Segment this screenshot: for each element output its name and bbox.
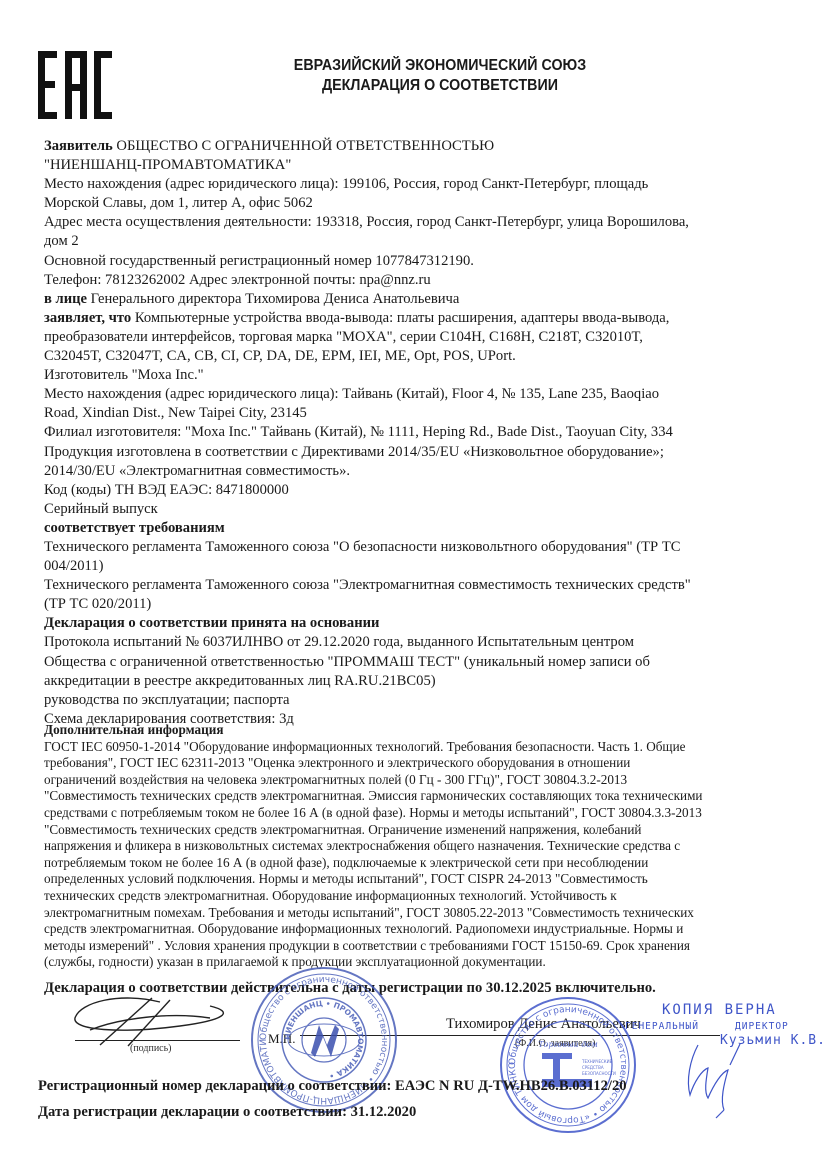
production-type: Серийный выпуск	[44, 500, 804, 519]
regulation-1: Технического регламента Таможенного союз…	[44, 538, 804, 557]
header-union-title: ЕВРАЗИЙСКИЙ ЭКОНОМИЧЕСКИЙ СОЮЗ	[201, 57, 679, 75]
copy-certified-label: КОПИЯ ВЕРНА	[662, 1002, 777, 1018]
represented-line: в лице Генерального директора Тихомирова…	[44, 290, 804, 309]
applicant-line: Заявитель ОБЩЕСТВО С ОГРАНИЧЕННОЙ ОТВЕТС…	[44, 137, 804, 156]
basis-label: Декларация о соответствии принята на осн…	[44, 614, 804, 633]
basis-documents: руководства по эксплуатации; паспорта	[44, 691, 804, 710]
requirements-heading: соответствует требованиям	[44, 520, 225, 536]
tinko-stamp-icon: Общество с ограниченной ответственностью…	[498, 995, 638, 1135]
applicant-contacts: Телефон: 78123262002 Адрес электронной п…	[44, 271, 804, 290]
svg-text:НИЕНШАНЦ • ПРОМАВТОМАТИКА •: НИЕНШАНЦ • ПРОМАВТОМАТИКА •	[283, 999, 365, 1081]
manufacturer-address-cont: Road, Xindian Dist., New Taipei City, 23…	[44, 404, 804, 423]
product-description: Компьютерные устройства ввода-вывода: пл…	[131, 310, 669, 326]
additional-info-line: ограничений воздействия на человека элек…	[44, 772, 804, 789]
registration-date: Дата регистрации декларации о соответств…	[38, 1104, 416, 1121]
additional-info: Дополнительная информация ГОСТ IEC 60950…	[44, 722, 804, 971]
applicant-activity-address-cont: дом 2	[44, 232, 804, 251]
additional-info-line: потребляемым током не более 16 А (в одно…	[44, 855, 804, 872]
additional-info-heading: Дополнительная информация	[44, 722, 223, 737]
applicant-name: ОБЩЕСТВО С ОГРАНИЧЕННОЙ ОТВЕТСТВЕННОСТЬЮ	[113, 138, 494, 154]
eac-logo	[38, 51, 112, 119]
directives-cont: 2014/30/EU «Электромагнитная совместимос…	[44, 462, 804, 481]
additional-info-line: электромагнитным помехам. Требования и м…	[44, 905, 804, 922]
basis-protocol-cont: Общества с ограниченной ответственностью…	[44, 653, 804, 672]
copy-role-general: ГЕНЕРАЛЬНЫЙ	[625, 1021, 699, 1032]
additional-info-line: средств электромагнитная. Оборудование и…	[44, 921, 804, 938]
applicant-name-cont: "НИЕНШАНЦ-ПРОМАВТОМАТИКА"	[44, 156, 804, 175]
additional-info-line: требования", ГОСТ IEC 62311-2013 "Оценка…	[44, 755, 804, 772]
svg-text:БЕЗОПАСНОСТИ: БЕЗОПАСНОСТИ	[582, 1071, 616, 1076]
directives: Продукция изготовлена в соответствии с Д…	[44, 443, 804, 462]
registration-number: Регистрационный номер декларации о соотв…	[38, 1078, 627, 1095]
eac-mark-icon	[38, 51, 112, 119]
regulation-1-cont: 004/2011)	[44, 557, 804, 576]
svg-text:ТЕХНИЧЕСКИЕ: ТЕХНИЧЕСКИЕ	[581, 1059, 613, 1064]
svg-text:Торговый дом: Торговый дом	[538, 1040, 598, 1049]
basis-heading: Декларация о соответствии принята на осн…	[44, 615, 379, 631]
hs-code: Код (коды) ТН ВЭД ЕАЭС: 8471800000	[44, 481, 804, 500]
represented-by: Генерального директора Тихомирова Дениса…	[87, 291, 459, 307]
manufacturer-address: Место нахождения (адрес юридического лиц…	[44, 385, 804, 404]
additional-info-line: средствами с потребляемым током не более…	[44, 805, 804, 822]
declares-label: заявляет, что	[44, 310, 131, 326]
applicant-label: Заявитель	[44, 138, 113, 154]
applicant-signature-icon	[60, 990, 240, 1050]
requirements-label: соответствует требованиям	[44, 519, 804, 538]
product-series: C32045T, C32047T, CA, CB, CI, CP, DA, DE…	[44, 347, 804, 366]
header-document-title: ДЕКЛАРАЦИЯ О СООТВЕТСТВИИ	[201, 77, 679, 95]
additional-info-line: "Совместимость технических средств элект…	[44, 822, 804, 839]
applicant-ogrn: Основной государственный регистрационный…	[44, 252, 804, 271]
declares-line: заявляет, что Компьютерные устройства вв…	[44, 309, 804, 328]
manufacturer: Изготовитель "Moxa Inc."	[44, 366, 804, 385]
additional-info-line: ГОСТ IEC 60950-1-2014 "Оборудование инфо…	[44, 739, 804, 756]
applicant-activity-address: Адрес места осуществления деятельности: …	[44, 213, 804, 232]
svg-text:СРЕДСТВА: СРЕДСТВА	[582, 1065, 604, 1070]
additional-info-line: (службы, годности) указан в прилагаемой …	[44, 954, 804, 971]
certifier-signature-icon	[680, 1040, 750, 1120]
product-description-cont: преобразователи интерфейсов, торговая ма…	[44, 328, 804, 347]
represented-label: в лице	[44, 291, 87, 307]
manufacturer-branch: Филиал изготовителя: "Moxa Inc." Тайвань…	[44, 423, 804, 442]
additional-info-line: "Совместимость технических средств элект…	[44, 788, 804, 805]
additional-info-line: технических средств электромагнитная. Об…	[44, 888, 804, 905]
declaration-body: Заявитель ОБЩЕСТВО С ОГРАНИЧЕННОЙ ОТВЕТС…	[44, 137, 804, 729]
regulation-2-cont: (ТР ТС 020/2011)	[44, 595, 804, 614]
basis-protocol: Протокола испытаний № 6037ИЛНВО от 29.12…	[44, 633, 804, 652]
applicant-legal-address: Место нахождения (адрес юридического лиц…	[44, 175, 804, 194]
additional-info-label: Дополнительная информация	[44, 722, 804, 739]
regulation-2: Технического регламента Таможенного союз…	[44, 576, 804, 595]
additional-info-line: методы измерений" . Условия хранения про…	[44, 938, 804, 955]
basis-accreditation: аккредитации в реестре аккредитованных л…	[44, 672, 804, 691]
additional-info-line: определенных условий подключения. Нормы …	[44, 871, 804, 888]
applicant-legal-address-cont: Морской Славы, дом 1, литер А, офис 5062	[44, 194, 804, 213]
additional-info-line: напряжения и фликера в низковольтных сис…	[44, 838, 804, 855]
copy-role-director: ДИРЕКТОР	[735, 1021, 789, 1032]
